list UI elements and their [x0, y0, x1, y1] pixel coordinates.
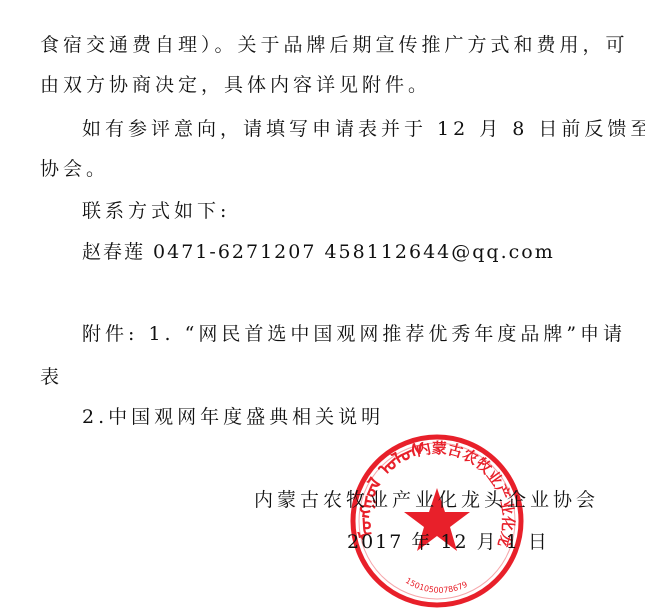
signature-date: 2017 年 12 月 1 日	[347, 530, 549, 554]
contact-heading: 联系方式如下:	[82, 199, 230, 223]
attachment-line-3: 2.中国观网年度盛典相关说明	[82, 405, 384, 429]
attachment-line-1: 附件: 1. “网民首选中国观网推荐优秀年度品牌”申请	[82, 322, 626, 346]
contact-details: 赵春莲 0471-6271207 458112644@qq.com	[82, 240, 555, 264]
paragraph-line: 由双方协商决定，具体内容详见附件。	[40, 73, 431, 97]
official-seal-icon: 内蒙古农牧业产业化龙头企业协会 ᠮᠣᠩᠭᠣᠯ ᠤᠯᠤᠰ 150105007867…	[345, 432, 529, 610]
paragraph-line: 协会。	[40, 157, 109, 181]
paragraph-line: 食宿交通费自理）。关于品牌后期宣传推广方式和费用，可	[40, 33, 629, 57]
svg-text:1501050078679: 1501050078679	[404, 576, 469, 595]
attachment-line-2: 表	[40, 365, 63, 389]
signature-organization: 内蒙古农牧业产业化龙头企业协会	[254, 488, 599, 512]
paragraph-line: 如有参评意向，请填写申请表并于 12 月 8 日前反馈至	[82, 117, 645, 141]
